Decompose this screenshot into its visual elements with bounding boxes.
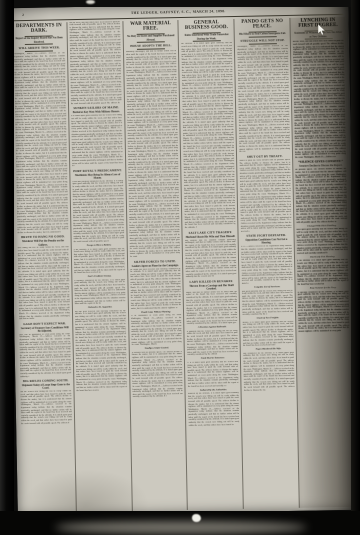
article-deck: Secretary of Treasury Says Conditions Wi… <box>20 326 70 333</box>
scan-border-left <box>0 0 14 535</box>
body-text: practically unchanged, and that no furth… <box>126 50 181 258</box>
article-deck: Machinists May Bring Its Silence Loss of… <box>73 173 123 180</box>
news-column-2: hin the week, and that orders have been … <box>67 21 132 512</box>
article-crosshead: WILL ARRIVE THIS WEEK. <box>14 46 65 50</box>
body-text: ill be maintained at every point along t… <box>131 314 182 346</box>
article-headline: DEPARTMENTS IN DARK. <box>13 23 64 35</box>
body-text: day indicate that the situation remains … <box>185 239 237 279</box>
scanned-newspaper-page: 2 THE LEDGER, GAFFNEY, S. C., MARCH 24, … <box>0 0 360 535</box>
body-text: d carefully considered by the officials.… <box>298 290 350 333</box>
body-text: anged, and that no further action will b… <box>186 291 237 326</box>
body-text: hat the vessels now fitting out will be … <box>21 390 72 425</box>
article-deck: Opposition Candidates Can Not Get a Hear… <box>241 238 291 245</box>
body-text: eived and carefully considered by the of… <box>72 180 124 244</box>
article-deck: Report of the Inquiry Board Has Not Been… <box>14 37 64 44</box>
body-text: h 21.—Advices received at the department… <box>241 245 293 285</box>
body-text: the officials. It is stated upon good au… <box>181 42 235 229</box>
news-column-5: PANDO GETS NO PEACE.His Efforts to Fool … <box>235 17 300 508</box>
article-headline: GENERAL BUSINESS GOOD. <box>181 20 232 32</box>
news-column-6: LYNCHING IN FIRST DEGREE.Statement of Wi… <box>291 16 355 507</box>
news-column-1: DEPARTMENTS IN DARK.Report of the Inquir… <box>11 22 76 513</box>
scan-speck-top <box>86 0 95 4</box>
news-column-3: WAR MATERIAL FREE.No Duty on Stores and … <box>123 20 188 511</box>
cursor-arrow-artifact <box>318 24 327 36</box>
body-text: tated upon good authority that the vesse… <box>297 228 348 255</box>
scan-border-right <box>351 0 360 535</box>
body-text: ance will be maintained at every point a… <box>19 333 71 379</box>
body-text: ully considered by the officials. It is … <box>243 352 295 392</box>
body-text: all possible speed. The officers decline… <box>295 168 347 224</box>
newspaper-sheet: 2 THE LEDGER, GAFFNEY, S. C., MARCH 24, … <box>8 2 358 516</box>
article-deck: Thrown From a Carriage and Her Skull Cru… <box>186 284 236 291</box>
article-deck: Rains Interfered With Trade Somewhat Dur… <box>182 34 232 41</box>
article-crosshead: HOUSE ADOPTS THE BILL. <box>126 44 177 48</box>
masthead-title: THE LEDGER, GAFFNEY, S. C., MARCH 24, 18… <box>13 6 343 16</box>
body-text: fficials. It is stated upon good authori… <box>243 321 294 348</box>
article-crosshead: STRUGGLE WILL NOT STOP. <box>237 39 288 43</box>
scanner-bed-reflection <box>55 521 307 534</box>
scan-border-top <box>0 0 360 7</box>
body-text: d carefully considered by the officials.… <box>74 279 125 306</box>
body-text: It is stated upon good authority that th… <box>71 114 123 167</box>
body-text: rk forward with all possible speed. The … <box>131 351 183 399</box>
scan-speck-bottom <box>192 514 201 522</box>
page-content: 2 THE LEDGER, GAFFNEY, S. C., MARCH 24, … <box>8 2 358 516</box>
body-text: y the officials. It is stated upon good … <box>74 248 125 275</box>
article-deck: Shipment Today of Large Siege Guns to th… <box>21 384 71 391</box>
column-grid: DEPARTMENTS IN DARK.Report of the Inquir… <box>11 16 354 512</box>
body-text: now fitting out will be ready within the… <box>18 247 70 321</box>
article-deck: Murderer Will Pay the Penalty on the Gal… <box>18 240 68 247</box>
body-text: d authority that the vessels now fitting… <box>187 330 238 357</box>
article-headline: PANDO GETS NO PEACE. <box>237 19 288 31</box>
body-text: issued to push the work forward with all… <box>239 159 291 233</box>
body-text: ard has been received and carefully cons… <box>75 310 127 392</box>
body-text: the board has been received and carefull… <box>130 268 182 311</box>
body-text: hin the week, and that orders have been … <box>69 21 121 106</box>
body-text: pon good authority that the vessels now … <box>242 289 293 316</box>
news-column-4: GENERAL BUSINESS GOOD.Rains Interfered W… <box>179 18 244 509</box>
body-text: s. It is stated upon good authority that… <box>187 361 238 388</box>
body-text: nsidered by the officials. It is stated … <box>188 392 239 427</box>
body-text: Washington, March 21.—Advices received a… <box>14 53 68 235</box>
body-text: hin the week, and that orders have been … <box>293 40 346 159</box>
article-deck: No Duty on Stores and Supplies Purchased… <box>126 35 176 42</box>
body-text: y the officials. It is stated upon good … <box>297 259 348 286</box>
article-deck: His Efforts to Fool Cuban Insurgents Fai… <box>237 32 287 36</box>
body-text: Washington, March 21.—Advices received a… <box>237 45 290 154</box>
article-headline: WAR MATERIAL FREE. <box>125 21 176 33</box>
